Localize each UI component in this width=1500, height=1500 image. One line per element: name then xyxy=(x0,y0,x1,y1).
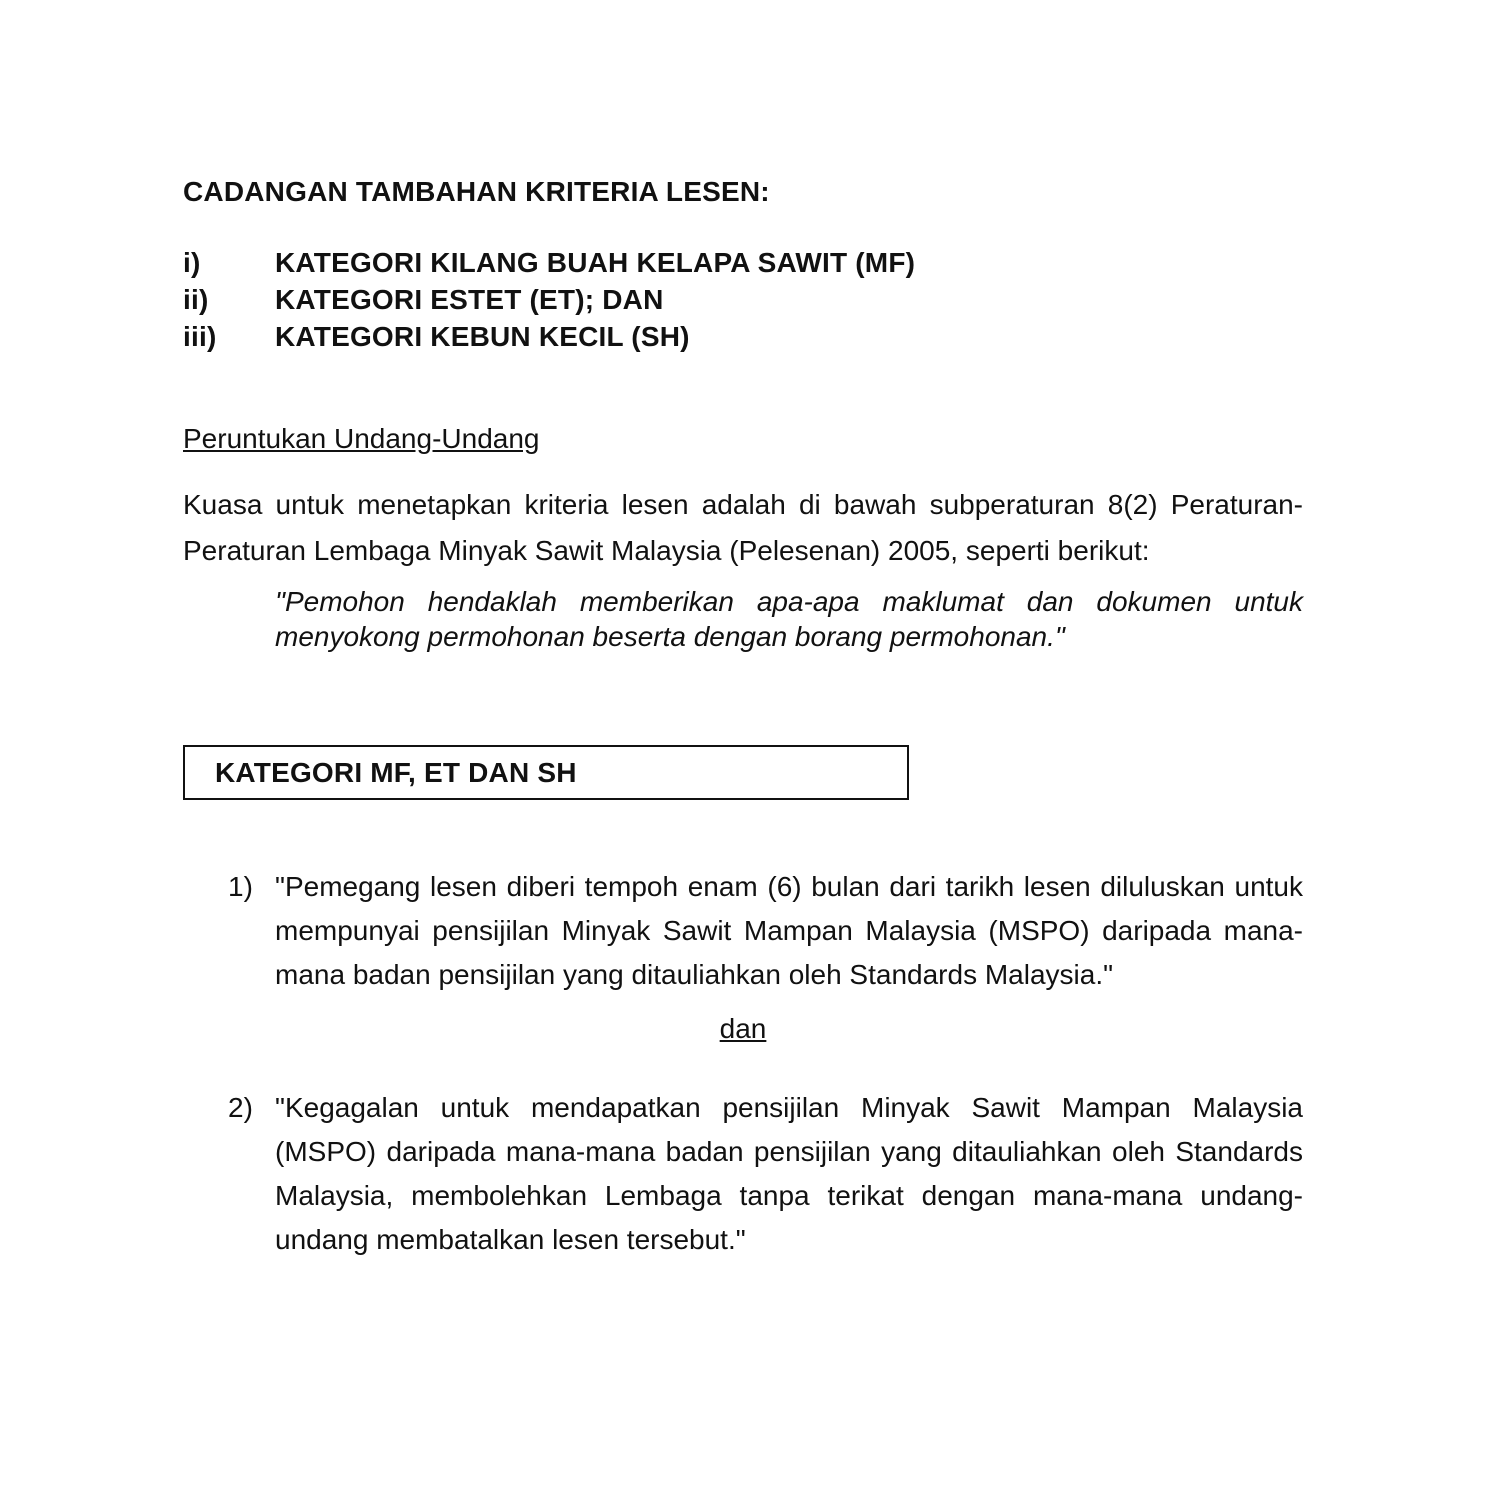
category-box-heading: KATEGORI MF, ET DAN SH xyxy=(183,745,909,800)
category-item: i) KATEGORI KILANG BUAH KELAPA SAWIT (MF… xyxy=(183,244,1303,281)
document-page: CADANGAN TAMBAHAN KRITERIA LESEN: i) KAT… xyxy=(0,0,1500,1500)
category-item: iii) KATEGORI KEBUN KECIL (SH) xyxy=(183,318,1303,355)
criteria-item-2: 2) "Kegagalan untuk mendapatkan pensijil… xyxy=(183,1086,1303,1262)
criteria-item-1: 1) "Pemegang lesen diberi tempoh enam (6… xyxy=(183,865,1303,997)
item-text: "Kegagalan untuk mendapatkan pensijilan … xyxy=(275,1086,1303,1262)
item-number: 2) xyxy=(228,1086,275,1262)
category-number: ii) xyxy=(183,281,275,318)
legal-paragraph: Kuasa untuk menetapkan kriteria lesen ad… xyxy=(183,482,1303,574)
item-number: 1) xyxy=(228,865,275,997)
document-content: CADANGAN TAMBAHAN KRITERIA LESEN: i) KAT… xyxy=(183,0,1303,1262)
category-label: KATEGORI KILANG BUAH KELAPA SAWIT (MF) xyxy=(275,244,915,281)
category-item: ii) KATEGORI ESTET (ET); DAN xyxy=(183,281,1303,318)
category-label: KATEGORI KEBUN KECIL (SH) xyxy=(275,318,690,355)
item-text: "Pemegang lesen diberi tempoh enam (6) b… xyxy=(275,865,1303,997)
section-heading: Peruntukan Undang-Undang xyxy=(183,421,1303,457)
and-separator-label: dan xyxy=(720,1013,767,1044)
category-list: i) KATEGORI KILANG BUAH KELAPA SAWIT (MF… xyxy=(183,244,1303,355)
category-number: iii) xyxy=(183,318,275,355)
category-label: KATEGORI ESTET (ET); DAN xyxy=(275,281,664,318)
legal-quote: "Pemohon hendaklah memberikan apa-apa ma… xyxy=(275,584,1303,654)
document-title: CADANGAN TAMBAHAN KRITERIA LESEN: xyxy=(183,0,1303,210)
and-separator: dan xyxy=(183,1009,1303,1049)
category-number: i) xyxy=(183,244,275,281)
